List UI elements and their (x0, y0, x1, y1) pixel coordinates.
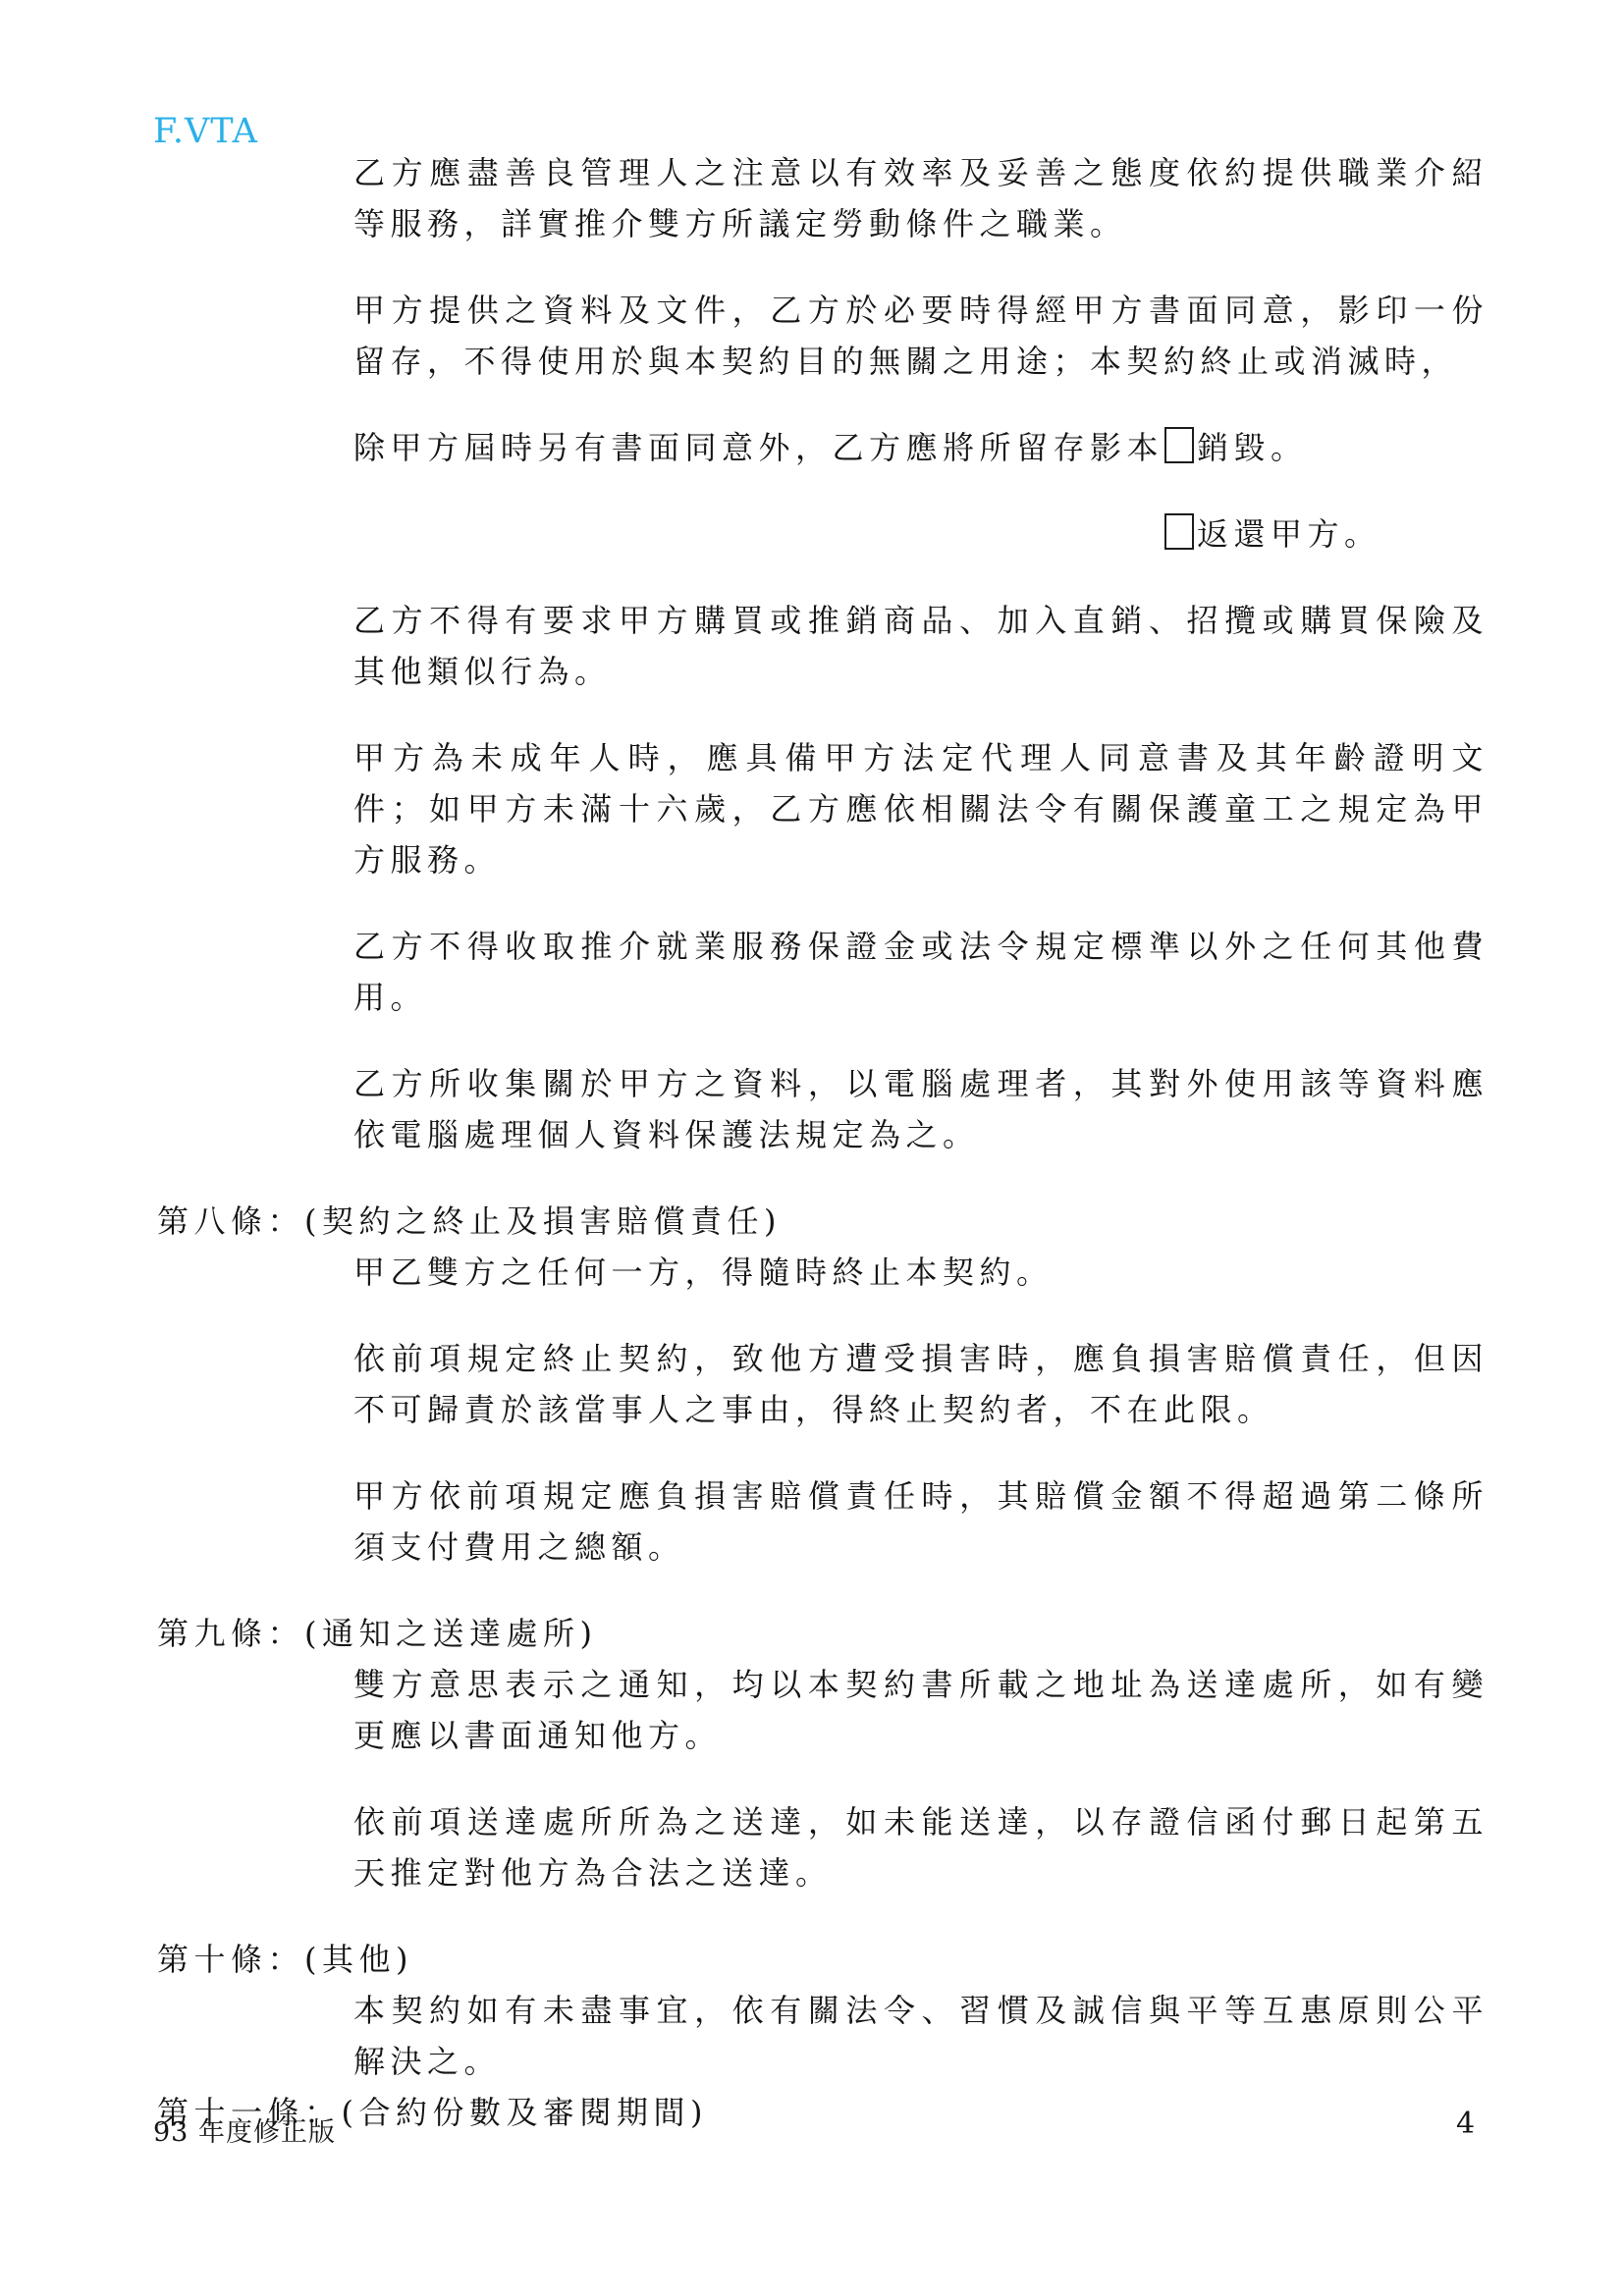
article-9-paragraph-2: 依前項送達處所所為之送達，如未能送達，以存證信函付郵日起第五天推定對他方為合法之… (353, 1796, 1488, 1898)
article-8-title: 第八條：(契約之終止及損害賠償責任) (157, 1196, 1488, 1247)
clause-paragraph-minor: 甲方為未成年人時，應具備甲方法定代理人同意書及其年齡證明文件；如甲方未滿十六歲，… (353, 732, 1488, 885)
article-8-paragraph-1: 甲乙雙方之任何一方，得隨時終止本契約。 (353, 1247, 1488, 1298)
article-10-title: 第十條：(其他) (157, 1934, 1488, 1985)
article-9-paragraph-1: 雙方意思表示之通知，均以本契約書所載之地址為送達處所，如有變更應以書面通知他方。 (353, 1659, 1488, 1761)
article-8-paragraph-2: 依前項規定終止契約，致他方遭受損害時，應負損害賠償責任，但因不可歸責於該當事人之… (353, 1333, 1488, 1435)
destroy-line-text: 除甲方屆時另有書面同意外，乙方應將所留存影本 (353, 429, 1163, 466)
document-page: F.VTA 乙方應盡善良管理人之注意以有效率及妥善之態度依約提供職業介紹等服務，… (0, 0, 1623, 2296)
clause-line-destroy: 除甲方屆時另有書面同意外，乙方應將所留存影本銷毀。 (353, 422, 1488, 473)
document-header-mark: F.VTA (153, 112, 258, 151)
footer-version-note: 93 年度修正版 (153, 2110, 336, 2149)
article-11-title: 第十一條：(合約份數及審閱期間) (157, 2087, 1488, 2138)
clause-paragraph-privacy: 乙方所收集關於甲方之資料，以電腦處理者，其對外使用該等資料應依電腦處理個人資料保… (353, 1058, 1488, 1160)
return-line-text: 返還甲方。 (1197, 515, 1381, 553)
article-8-paragraph-3: 甲方依前項規定應負損害賠償責任時，其賠償金額不得超過第二條所須支付費用之總額。 (353, 1470, 1488, 1573)
article-10-paragraph-1: 本契約如有未盡事宜，依有關法令、習慣及誠信與平等互惠原則公平解決之。 (353, 1985, 1488, 2087)
clause-paragraph-documents: 甲方提供之資料及文件，乙方於必要時得經甲方書面同意，影印一份留存，不得使用於與本… (353, 285, 1488, 387)
destroy-checkbox (1164, 427, 1194, 463)
clause-line-return: 返還甲方。 (353, 508, 1488, 560)
footer-page-number: 4 (1456, 2107, 1475, 2141)
destroy-line-suffix: 銷毀。 (1197, 429, 1308, 466)
clause-paragraph-no-fees: 乙方不得收取推介就業服務保證金或法令規定標準以外之任何其他費用。 (353, 921, 1488, 1023)
return-checkbox (1164, 513, 1194, 550)
article-9-title: 第九條：(通知之送達處所) (157, 1608, 1488, 1659)
document-body: 乙方應盡善良管理人之注意以有效率及妥善之態度依約提供職業介紹等服務，詳實推介雙方… (157, 147, 1488, 2138)
clause-paragraph-duty: 乙方應盡善良管理人之注意以有效率及妥善之態度依約提供職業介紹等服務，詳實推介雙方… (353, 147, 1488, 249)
clause-paragraph-no-sales: 乙方不得有要求甲方購買或推銷商品、加入直銷、招攬或購買保險及其他類似行為。 (353, 595, 1488, 697)
